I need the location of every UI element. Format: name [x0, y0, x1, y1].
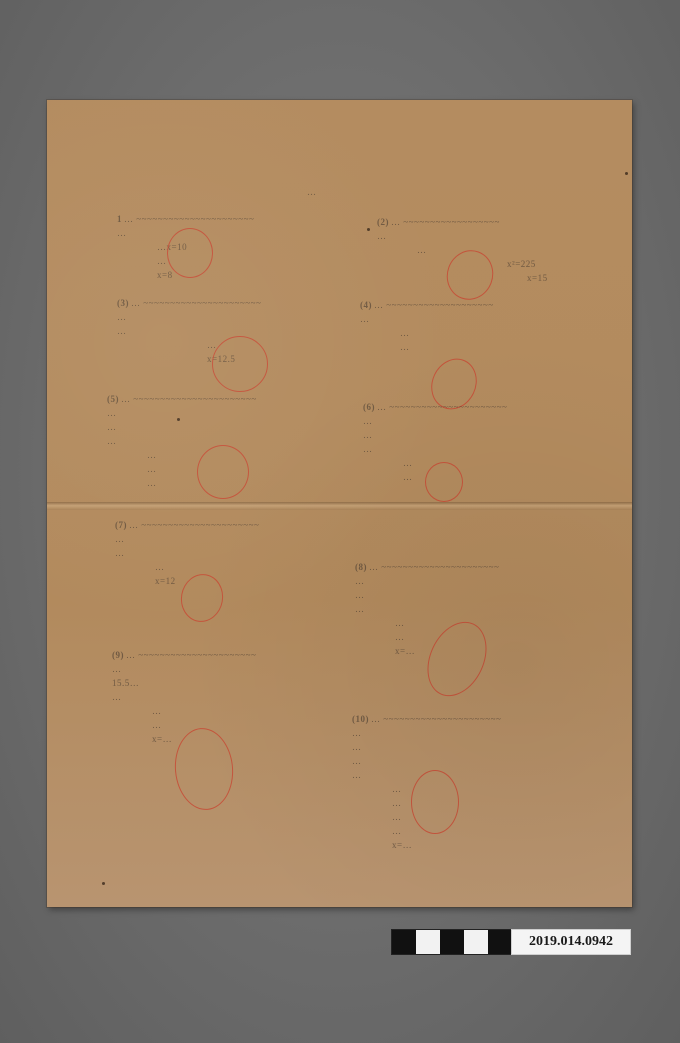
- problem-text: …: [107, 434, 257, 448]
- problem-text: …: [126, 650, 136, 660]
- problem-text: …: [363, 414, 507, 428]
- problem-text: …: [355, 574, 499, 588]
- scale-segment-white: [416, 930, 440, 954]
- problem-text: …: [115, 532, 259, 546]
- color-scale-bar: [391, 929, 513, 955]
- scale-segment-black: [488, 930, 512, 954]
- problem-text: …: [129, 520, 139, 530]
- calc-line: …: [400, 326, 494, 340]
- scale-segment-black: [392, 930, 416, 954]
- scale-segment-white: [464, 930, 488, 954]
- scale-segment-black: [440, 930, 464, 954]
- problem-text: …: [369, 562, 379, 572]
- problem-7: (7)… ~~~~~~~~~~~~~~~~~~~~~~ … … … x=12: [115, 518, 259, 588]
- calc-line: x²=225: [507, 257, 548, 271]
- problem-label: (5): [107, 394, 119, 404]
- red-answer-circle: [167, 228, 213, 278]
- problem-label: (2): [377, 217, 389, 227]
- problem-text: …: [352, 726, 501, 740]
- problem-text: …: [355, 602, 499, 616]
- paper-speck: [177, 418, 180, 421]
- problem-text: …: [107, 406, 257, 420]
- problem-4: (4)… ~~~~~~~~~~~~~~~~~~~~ … … …: [360, 298, 494, 354]
- problem-label: (4): [360, 300, 372, 310]
- calc-line: x=…: [392, 838, 501, 852]
- problem-text: …: [112, 690, 256, 704]
- problem-text: …: [371, 714, 381, 724]
- problem-label: (3): [117, 298, 129, 308]
- answer-text: x=15: [527, 271, 548, 285]
- problem-label: (6): [363, 402, 375, 412]
- problem-text: …: [363, 442, 507, 456]
- problem-text: …: [352, 740, 501, 754]
- problem-text: …: [374, 300, 384, 310]
- paper-speck: [102, 882, 105, 885]
- problem-text: …: [117, 310, 261, 324]
- problem-label: (10): [352, 714, 369, 724]
- red-answer-circle: [425, 462, 463, 502]
- problem-text: …: [115, 546, 259, 560]
- problem-label: (8): [355, 562, 367, 572]
- problem-label: (9): [112, 650, 124, 660]
- calc-line: …: [400, 340, 494, 354]
- problem-text: …: [363, 428, 507, 442]
- red-answer-circle: [411, 770, 459, 834]
- calc-line: …: [152, 704, 256, 718]
- problem-text: …: [377, 402, 387, 412]
- problem-label: 1: [117, 214, 122, 224]
- paper-speck: [625, 172, 628, 175]
- problem-text: …: [107, 420, 257, 434]
- problem-text: …: [391, 217, 401, 227]
- fold-crease: [47, 502, 632, 510]
- problem-text: …: [131, 298, 141, 308]
- red-answer-circle: [197, 445, 249, 499]
- problem-label: (7): [115, 520, 127, 530]
- paper-speck: [367, 228, 370, 231]
- problem-text: …: [112, 662, 256, 676]
- problem-text: …: [121, 394, 131, 404]
- problem-text: …: [377, 229, 548, 243]
- red-answer-circle: [212, 336, 268, 392]
- worksheet-paper: … 1… ~~~~~~~~~~~~~~~~~~~~~~ … …x=10 … x=…: [47, 100, 632, 907]
- problem-text: …: [360, 312, 494, 326]
- catalog-number-label: 2019.014.0942: [511, 929, 631, 955]
- page-header: …: [307, 188, 318, 198]
- problem-9: (9)… ~~~~~~~~~~~~~~~~~~~~~~ … 15.5… … … …: [112, 648, 256, 746]
- calc-line: …: [155, 560, 259, 574]
- problem-text: …: [352, 754, 501, 768]
- problem-text: 15.5…: [112, 676, 256, 690]
- problem-text: …: [124, 214, 134, 224]
- problem-text: …: [355, 588, 499, 602]
